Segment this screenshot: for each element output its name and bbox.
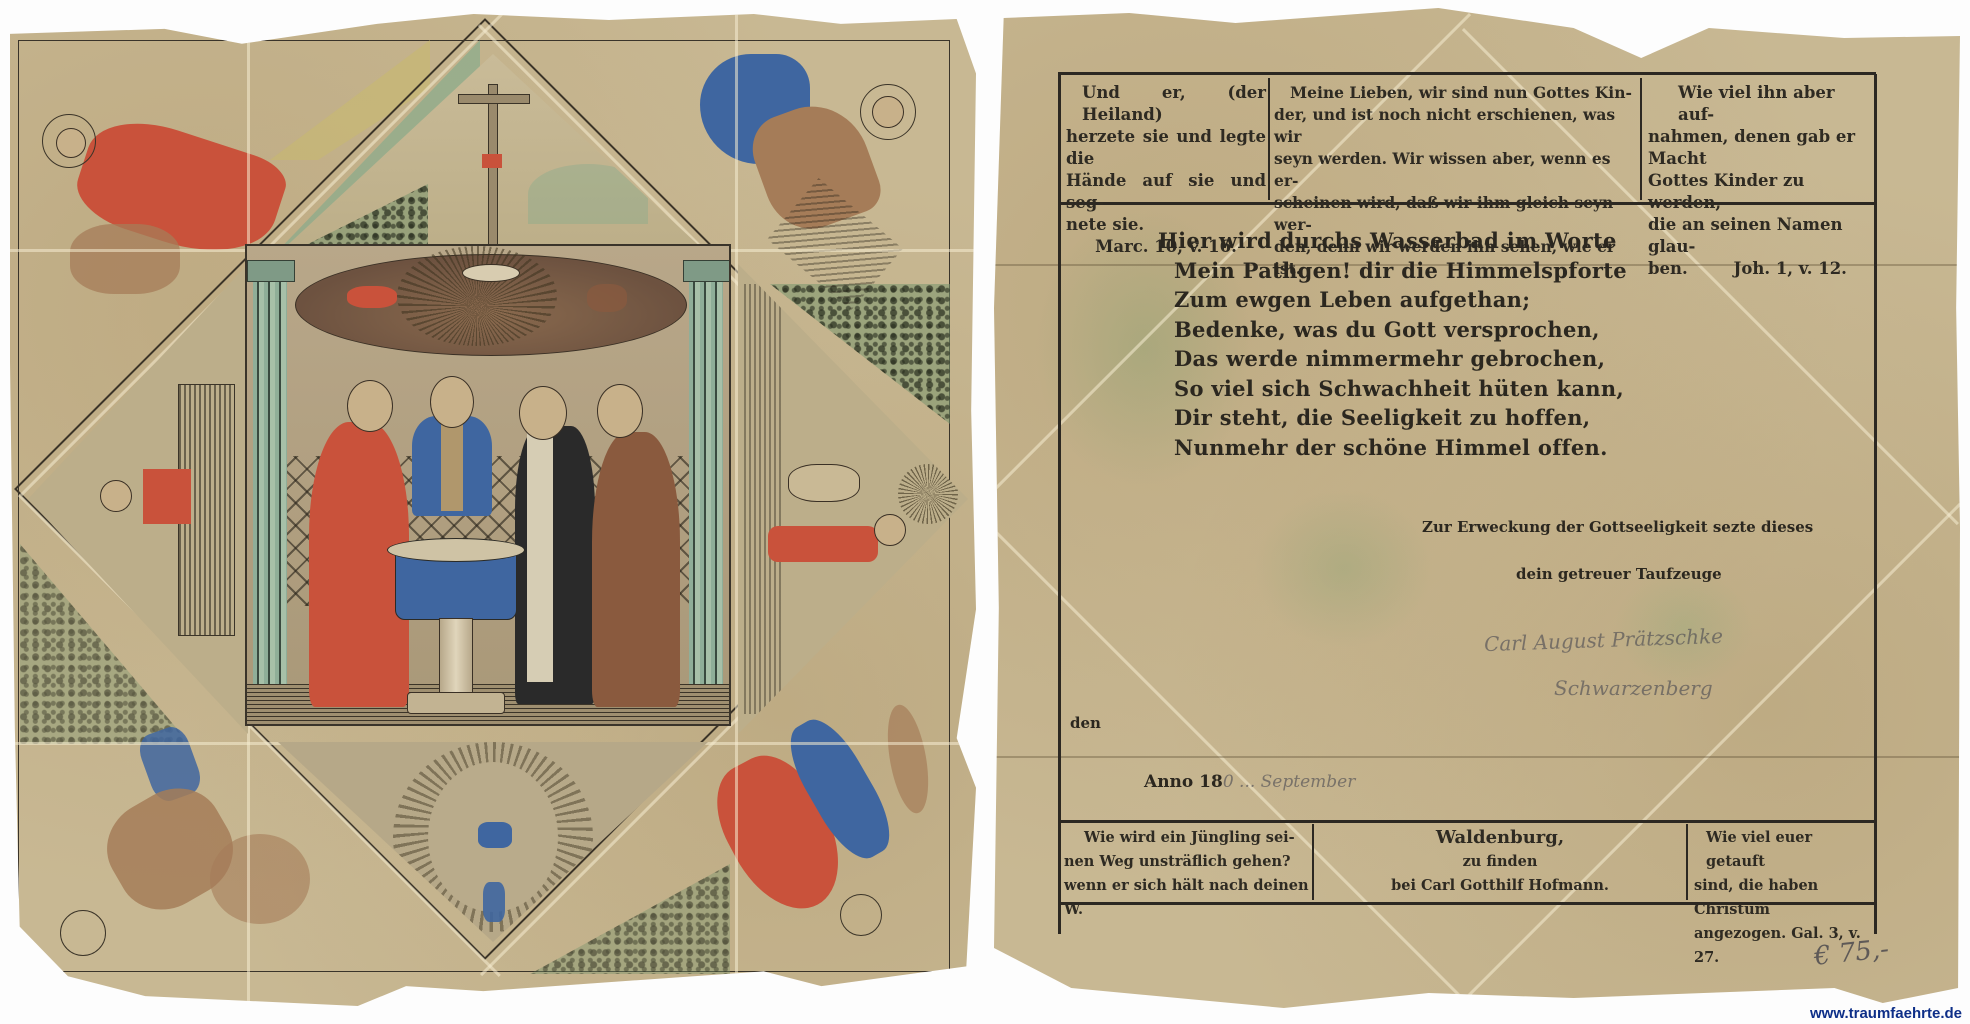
baptismal-font-rim [387,538,525,562]
evangelist-head [872,96,904,128]
text-line: wenn er sich hält nach deinen W. [1064,874,1310,922]
printer-city: Waldenburg, [1316,826,1684,850]
poem-line: So viel sich Schwachheit hüten kann, [1174,374,1627,404]
green-stain-center [1254,488,1434,648]
woman-head [597,384,643,438]
baptism-letter-front [10,14,976,1006]
text-line: nahmen, denen gab er Macht [1648,126,1870,170]
cherub-right [788,464,860,502]
godmother-head [347,380,393,432]
text-line: seyn werden. Wir wissen aber, wenn es er… [1274,148,1636,192]
child-head-left [100,480,132,512]
halo-bottomright [840,894,882,936]
baptism-letter-back: Und er, (der Heiland) herzete sie und le… [994,8,1960,1008]
dedication-line: Zur Erweckung der Gottseeligkeit sezte d… [1422,518,1813,536]
text-line: nen Weg unsträflich gehen? [1064,850,1310,874]
bottom-box-divider-2 [1686,824,1688,900]
text-line-end: ben. [1648,259,1688,278]
printer-name: bei Carl Gotthilf Hofmann. [1316,874,1684,898]
pencil-price-note: € 75,- [1813,934,1891,972]
text-line: der, und ist noch nicht erschienen, was … [1274,104,1636,148]
anno-row: Anno 180 ... September [1144,772,1355,792]
citation-john: Joh. 1, v. 12. [1734,259,1847,278]
child-red-shirt-left [143,469,191,524]
lion-bottomleft [210,834,310,924]
poem-line: Mein Pathgen! dir die Himmelspforte [1174,256,1627,286]
woman-brown-dress [592,432,680,707]
godmother-red-dress [309,422,409,707]
text-line: sind, die haben Christum [1694,874,1872,922]
text-line: Wie viel ihn aber auf- [1648,82,1870,126]
watermark-url[interactable]: www.traumfaehrte.de [1810,1005,1962,1022]
poem-line: Dir steht, die Seeligkeit zu hoffen, [1174,403,1627,433]
poem-line: Nunmehr der schöne Himmel offen. [1174,433,1627,463]
fold-crease-v-right [735,14,738,1006]
bottom-box-psalm: Wie wird ein Jüngling sei- nen Weg unstr… [1064,826,1310,922]
anno-handwritten: 0 ... September [1223,772,1356,792]
column-right [689,264,723,704]
text-line: herzete sie und legte die [1066,126,1266,170]
child-red-robe-right [768,526,878,562]
baptismal-font-stem [439,618,473,700]
child-head-right [874,514,906,546]
pastor-head [519,386,567,440]
halo-bottomleft [60,910,106,956]
cherub-left-red [347,286,397,308]
signature-label: dein getreuer Taufzeuge [1516,565,1722,583]
bottom-box-divider-1 [1312,824,1314,900]
column-left [253,264,287,704]
top-box-john: Wie viel ihn aber auf- nahmen, denen gab… [1648,82,1870,280]
back-fold-h-bottom [994,756,1960,758]
holy-spirit-dove [462,264,520,282]
anno-label: Anno 18 [1144,772,1223,792]
ox-topleft [70,224,180,294]
poem-line: Bedenke, was du Gott versprochen, [1174,315,1627,345]
baptismal-font-foot [407,692,505,714]
poem-line: Das werde nimmermehr gebrochen, [1174,344,1627,374]
handwritten-signature-place: Schwarzenberg [1554,676,1713,700]
baptism-poem: Hier wird durchs Wasserbad im Worte Mein… [1174,226,1627,462]
text-line-with-citation: ben. Joh. 1, v. 12. [1648,258,1870,280]
father-head [430,376,474,428]
text-line: Wie wird ein Jüngling sei- [1064,826,1310,850]
blue-drape-bottom-2 [483,882,505,922]
top-box-divider-1 [1268,78,1270,200]
poem-line: Zum ewgen Leben aufgethan; [1174,285,1627,315]
text-line: Wie viel euer getauft [1694,826,1872,874]
date-label: den [1070,714,1101,732]
poem-line: Hier wird durchs Wasserbad im Worte [1158,226,1627,256]
pastor-white-bands [527,432,553,682]
top-boxes-top-rule [1058,72,1876,75]
top-box-divider-2 [1640,78,1642,200]
cherub-right-brown [587,284,627,312]
text-line: Und er, (der Heiland) [1066,82,1266,126]
text-line: Gottes Kinder zu werden, [1648,170,1870,214]
cross-horizontal [458,94,530,104]
text-line: Hände auf sie und seg- [1066,170,1266,214]
crucified-loincloth [482,154,502,168]
father-vest [441,421,463,511]
central-baptism-scene [245,244,731,726]
bottom-boxes-top-rule [1058,820,1876,823]
blue-drape-bottom [478,822,512,848]
printer-zu-finden: zu finden [1316,850,1684,874]
saint-head-topleft [56,128,86,158]
text-line: Meine Lieben, wir sind nun Gottes Kin- [1274,82,1636,104]
text-line: die an seinen Namen glau- [1648,214,1870,258]
bottom-box-printer: Waldenburg, zu finden bei Carl Gotthilf … [1316,826,1684,898]
holy-spirit-glory [397,246,557,346]
right-panel-pillar [744,284,784,714]
